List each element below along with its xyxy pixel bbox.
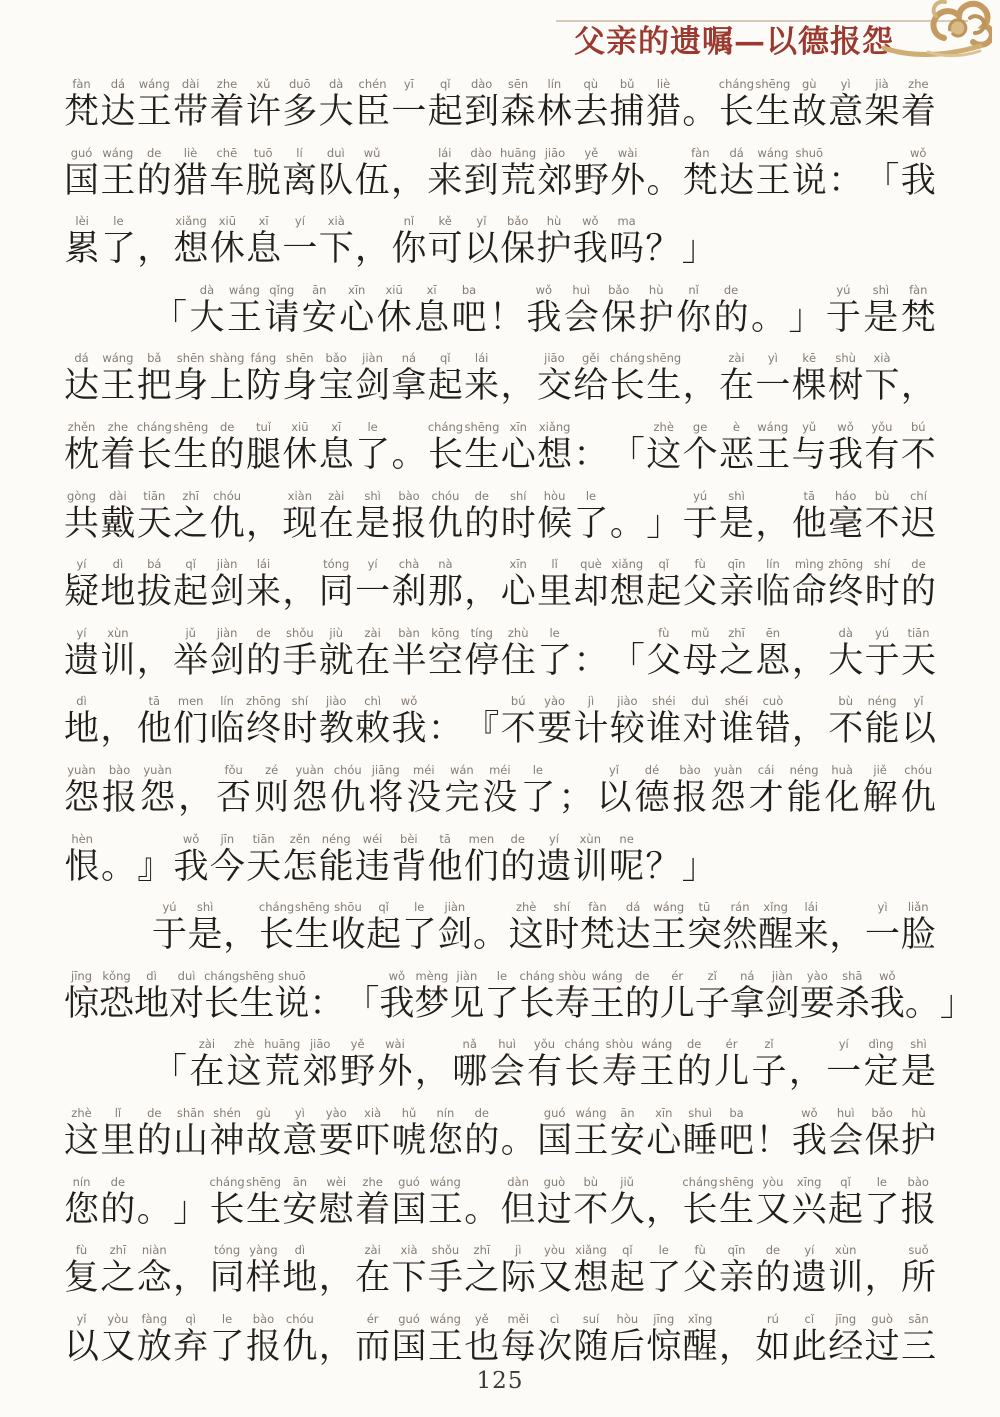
hanzi: 捕 <box>610 92 645 133</box>
char-cell: yòu又 <box>100 1311 135 1368</box>
char-cell: zhī之 <box>719 625 754 682</box>
pinyin: ba <box>729 1105 743 1121</box>
hanzi: 给 <box>573 366 608 407</box>
hanzi: ， <box>173 1258 208 1299</box>
pinyin: nǐ <box>404 213 414 229</box>
hanzi: 了 <box>864 1190 899 1231</box>
pinyin: nín <box>437 1105 455 1121</box>
hanzi: 父 <box>683 572 718 613</box>
char-cell: 。 <box>646 145 681 202</box>
char-cell: mèng梦 <box>414 968 449 1025</box>
hanzi: 的 <box>100 1190 135 1231</box>
hanzi: 想 <box>573 1258 608 1299</box>
hanzi: 许 <box>246 92 281 133</box>
hanzi: 之 <box>100 1258 135 1299</box>
text-line: gòng共dài戴tiān天zhī之chóu仇，xiàn现zài在shì是bào… <box>0 488 1000 557</box>
pinyin: shòu <box>606 1036 634 1052</box>
char-cell: cì次 <box>537 1311 572 1368</box>
hanzi: ， <box>137 229 172 270</box>
hanzi: ！ <box>489 298 524 339</box>
hanzi: 寿 <box>602 1052 637 1093</box>
char-cell: ér儿 <box>714 1036 749 1093</box>
hanzi: 安 <box>610 1121 645 1162</box>
hanzi: 弃 <box>173 1327 208 1368</box>
char-cell: cháng长 <box>682 1174 717 1231</box>
char-cell: wǒ我 <box>572 213 608 270</box>
pinyin: suí <box>583 1311 599 1327</box>
char-cell: xià下 <box>318 213 354 270</box>
hanzi: 梵 <box>64 92 99 133</box>
hanzi: 枕 <box>64 435 99 476</box>
hanzi: 想 <box>174 229 209 270</box>
pinyin: shēng <box>173 419 208 435</box>
char-cell: wáng王 <box>428 1311 463 1368</box>
pinyin: cháng <box>610 350 645 366</box>
hanzi: 才 <box>749 778 784 819</box>
pinyin: wáng <box>653 899 684 915</box>
char-cell: yì一 <box>865 899 900 956</box>
pinyin: xiǎng <box>575 1242 607 1258</box>
hanzi: 怨 <box>64 778 99 819</box>
hanzi: 兴 <box>792 1190 827 1231</box>
char-cell: xià下 <box>864 350 899 407</box>
hanzi: 意 <box>828 92 863 133</box>
pinyin: qīn <box>728 1242 746 1258</box>
char-cell: lái来 <box>464 350 499 407</box>
pinyin: tuǐ <box>256 419 271 435</box>
hanzi: 哪 <box>452 1052 487 1093</box>
char-cell: zhěn枕 <box>64 419 99 476</box>
char-cell: shēng生 <box>755 76 790 133</box>
char-cell: dìng定 <box>864 1036 899 1093</box>
char-cell: de的 <box>755 1242 790 1299</box>
pinyin: ān <box>293 1174 307 1190</box>
hanzi: 地 <box>100 572 135 613</box>
hanzi: 寿 <box>555 984 590 1025</box>
pinyin: yě <box>351 1036 365 1052</box>
hanzi: 久 <box>610 1190 645 1231</box>
auspicious-cloud-icon <box>832 0 992 68</box>
hanzi: 您 <box>64 1190 99 1231</box>
char-cell: tā他 <box>137 693 172 750</box>
hanzi: 时 <box>544 915 579 956</box>
pinyin: qǐ <box>440 350 451 366</box>
pinyin: shǒu <box>286 625 314 641</box>
pinyin: zhī <box>728 625 745 641</box>
hanzi: 遗 <box>537 847 572 888</box>
hanzi: 父 <box>646 641 681 682</box>
char-cell: men们 <box>173 693 208 750</box>
pinyin: huà <box>831 762 853 778</box>
hanzi: 保 <box>865 1121 900 1162</box>
hanzi: 带 <box>173 92 208 133</box>
pinyin: huì <box>572 282 590 298</box>
char-cell: chóu仇 <box>210 488 245 545</box>
hanzi: 样 <box>246 1258 281 1299</box>
pinyin: bào <box>679 762 700 778</box>
char-cell: ， <box>901 350 936 407</box>
hanzi: 梵 <box>683 161 718 202</box>
char-cell: bèi背 <box>391 831 427 888</box>
hanzi: ， <box>901 366 936 407</box>
char-cell: shéi谁 <box>719 693 754 750</box>
char-cell: zài在 <box>355 625 390 682</box>
hanzi: 仇 <box>282 1327 317 1368</box>
pinyin: huì <box>498 1036 516 1052</box>
char-cell: lǐ里 <box>537 556 572 613</box>
pinyin: wǒ <box>389 968 405 984</box>
hanzi: 以 <box>596 778 631 819</box>
pinyin: cì <box>550 1311 560 1327</box>
hanzi: 违 <box>355 847 390 888</box>
hanzi: 长 <box>564 1052 599 1093</box>
char-cell: yǒu有 <box>864 419 899 476</box>
hanzi: 外 <box>610 161 645 202</box>
char-cell: xiū休 <box>282 419 317 476</box>
hanzi: 有 <box>527 1052 562 1093</box>
char-cell: méi没 <box>406 762 441 819</box>
char-cell: qǐ起 <box>428 76 463 133</box>
hanzi: 是 <box>188 915 223 956</box>
hanzi: 们 <box>173 709 208 750</box>
hanzi: 国 <box>391 1190 426 1231</box>
hanzi: 这 <box>646 435 681 476</box>
hanzi: 起 <box>173 572 208 613</box>
hanzi: 敕 <box>355 709 390 750</box>
hanzi: 长 <box>259 915 294 956</box>
hanzi: 心 <box>501 435 536 476</box>
char-cell: wáng王 <box>100 350 135 407</box>
char-cell: qǐ起 <box>428 350 463 407</box>
hanzi: 我 <box>174 847 209 888</box>
char-cell: wǒ我 <box>526 282 561 339</box>
char-cell: fàn梵 <box>901 282 936 339</box>
hanzi: 没 <box>482 778 517 819</box>
pinyin: wáng <box>641 1036 672 1052</box>
char-cell: qǐ起 <box>610 1242 645 1299</box>
hanzi: 林 <box>537 92 572 133</box>
pinyin: le <box>659 1242 669 1258</box>
char-cell: xiǎng想 <box>573 1242 608 1299</box>
hanzi: 解 <box>863 778 898 819</box>
hanzi: ， <box>719 1327 754 1368</box>
pinyin: duì <box>178 968 196 984</box>
pinyin: yào <box>544 693 565 709</box>
char-cell: le了 <box>210 1311 245 1368</box>
char-cell: huāng荒 <box>264 1036 300 1093</box>
pinyin: jīng <box>835 1311 856 1327</box>
char-cell: tuō脱 <box>246 145 281 202</box>
hanzi: 不 <box>865 504 900 545</box>
hanzi: 护 <box>901 1121 936 1162</box>
hanzi: 较 <box>610 709 645 750</box>
hanzi: 如 <box>755 1327 790 1368</box>
pinyin: yǐ <box>476 213 486 229</box>
hanzi: 了 <box>537 641 572 682</box>
char-cell: ， <box>137 213 173 270</box>
hanzi: 起 <box>646 572 681 613</box>
pinyin: fù <box>658 625 669 641</box>
pinyin: jiàn <box>217 556 238 572</box>
hanzi: 王 <box>755 435 790 476</box>
char-cell: yòu又 <box>755 1174 790 1231</box>
hanzi: ， <box>683 366 718 407</box>
pinyin: lí <box>296 145 302 161</box>
pinyin: tóng <box>323 556 349 572</box>
char-cell: 「 <box>152 282 187 339</box>
hanzi: 」 <box>682 847 717 888</box>
hanzi: 惊 <box>64 984 99 1025</box>
pinyin: yí <box>77 556 87 572</box>
hanzi: 恨 <box>65 847 100 888</box>
pinyin: xī <box>427 282 437 298</box>
hanzi: 」 <box>788 298 823 339</box>
char-cell: yǐ以 <box>596 762 631 819</box>
text-line: fù复zhī之niàn念，tóng同yàng样dì地，zài在xià下shǒu手… <box>0 1242 1000 1311</box>
hanzi: 报 <box>901 1190 936 1231</box>
text-line: dá达wáng王bǎ把shēn身shàng上fáng防shēn身bǎo宝jiàn… <box>0 350 1000 419</box>
hanzi: 王 <box>639 1052 674 1093</box>
hanzi: ： <box>573 641 608 682</box>
hanzi: 」 <box>646 504 681 545</box>
hanzi: 一 <box>826 1052 861 1093</box>
char-cell: néng能 <box>787 762 822 819</box>
char-cell: le了 <box>100 213 136 270</box>
pinyin: tiān <box>907 625 929 641</box>
hanzi: 的 <box>625 984 660 1025</box>
char-cell: ná拿 <box>730 968 765 1025</box>
pinyin: wáng <box>430 1174 461 1190</box>
char-cell: ， <box>137 625 172 682</box>
hanzi: 脸 <box>901 915 936 956</box>
text-line: fàn梵dá达wáng王dài带zhe着xǔ许duō多dà大chén臣yī一qǐ… <box>0 76 1000 145</box>
char-cell: shuì睡 <box>683 1105 718 1162</box>
char-cell: ná拿 <box>391 350 426 407</box>
hanzi: 剑 <box>437 915 472 956</box>
hanzi: 终 <box>246 709 281 750</box>
pinyin: yě <box>475 1311 489 1327</box>
pinyin: xǐng <box>763 899 788 915</box>
pinyin: ēn <box>766 625 780 641</box>
pinyin: yú <box>693 488 707 504</box>
hanzi: 仇 <box>428 504 463 545</box>
char-cell: le了 <box>520 762 555 819</box>
pinyin: qù <box>583 76 598 92</box>
char-cell: suǒ所 <box>901 1242 936 1299</box>
pinyin: ge <box>693 419 707 435</box>
hanzi: 身 <box>282 366 317 407</box>
char-cell: ér而 <box>355 1311 390 1368</box>
char-cell: jiàn见 <box>449 968 484 1025</box>
hanzi: 唬 <box>392 1121 427 1162</box>
char-cell: bú不 <box>901 419 936 476</box>
hanzi: ： <box>574 435 609 476</box>
char-cell: wǒ我 <box>828 419 863 476</box>
char-cell: shǒu手 <box>428 1242 463 1299</box>
hanzi: 训 <box>828 1258 863 1299</box>
pinyin: tíng <box>471 625 493 641</box>
char-cell: 」 <box>940 968 975 1025</box>
pinyin: nín <box>73 1174 91 1190</box>
pinyin: qīn <box>728 556 746 572</box>
char-cell: ？ <box>645 213 681 270</box>
char-cell: le了 <box>646 1242 681 1299</box>
char-cell: chì敕 <box>355 693 390 750</box>
pinyin: le <box>414 899 424 915</box>
hanzi: 的 <box>714 298 749 339</box>
char-cell: xīn心 <box>339 282 374 339</box>
char-cell: zé则 <box>254 762 289 819</box>
char-cell: jǔ举 <box>173 625 208 682</box>
pinyin: zài <box>328 488 344 504</box>
char-cell: yí疑 <box>64 556 99 613</box>
char-cell: ！ <box>489 282 524 339</box>
char-cell: shēn身 <box>282 350 317 407</box>
char-cell: xǐng醒 <box>683 1311 718 1368</box>
pinyin: zhè <box>71 1105 91 1121</box>
pinyin: tiān <box>143 488 165 504</box>
hanzi: 大 <box>189 298 224 339</box>
hanzi: 他 <box>792 504 827 545</box>
hanzi: 不 <box>901 435 936 476</box>
hanzi: 却 <box>573 572 608 613</box>
hanzi: 「 <box>610 435 645 476</box>
char-cell: yòu又 <box>537 1242 572 1299</box>
char-cell: ： <box>573 625 608 682</box>
pinyin: gù <box>256 1105 271 1121</box>
pinyin: hù <box>649 282 664 298</box>
hanzi: 王 <box>227 298 262 339</box>
pinyin: yú <box>836 282 850 298</box>
char-cell: ān安 <box>282 1174 317 1231</box>
char-cell: yí遗 <box>64 625 99 682</box>
text-line: yí疑dì地bá拔qǐ起jiàn剑lái来，tóng同yí一chà刹nà那，xī… <box>0 556 1000 625</box>
pinyin: zhe <box>217 76 237 92</box>
char-cell: ， <box>501 350 536 407</box>
hanzi: 候 <box>537 504 572 545</box>
char-cell: xī息 <box>414 282 449 339</box>
hanzi: 外 <box>377 1052 412 1093</box>
hanzi: 说 <box>274 984 309 1025</box>
hanzi: 这 <box>64 1121 99 1162</box>
pinyin: dá <box>74 350 88 366</box>
pinyin: xiǎng <box>539 419 571 435</box>
pinyin: de <box>256 625 270 641</box>
hanzi: 过 <box>537 1190 572 1231</box>
char-cell: dà大 <box>319 76 354 133</box>
hanzi: 在 <box>355 1258 390 1299</box>
hanzi: 时 <box>501 504 536 545</box>
char-cell: shí时 <box>282 693 317 750</box>
pinyin: xiǎng <box>175 213 207 229</box>
pinyin: zhěn <box>68 419 96 435</box>
pinyin: ān <box>620 1105 634 1121</box>
pinyin: zhe <box>362 1174 382 1190</box>
hanzi: 王 <box>590 984 625 1025</box>
char-cell: jì际 <box>501 1242 536 1299</box>
pinyin: xiū <box>385 282 402 298</box>
hanzi: 不 <box>573 1190 608 1231</box>
pinyin: zài <box>199 1036 215 1052</box>
hanzi: 那 <box>428 572 463 613</box>
pinyin: chí <box>910 488 927 504</box>
pinyin: cháng <box>204 968 239 984</box>
hanzi: 经 <box>828 1327 863 1368</box>
char-cell: zhī之 <box>464 1242 499 1299</box>
pinyin: guò <box>544 1174 566 1190</box>
pinyin: le <box>222 1311 232 1327</box>
hanzi: 仇 <box>330 778 365 819</box>
char-cell: kōng空 <box>428 625 463 682</box>
pinyin: ma <box>617 213 635 229</box>
char-cell: yàng样 <box>246 1242 281 1299</box>
char-cell: 。 <box>751 282 786 339</box>
char-cell: ， <box>792 625 827 682</box>
hanzi: 息 <box>414 298 449 339</box>
pinyin: cháng <box>137 419 172 435</box>
char-cell: hòu候 <box>537 488 572 545</box>
pinyin: shòu <box>558 968 586 984</box>
hanzi: 防 <box>246 366 281 407</box>
pinyin: wèi <box>326 1174 346 1190</box>
hanzi: 腿 <box>246 435 281 476</box>
hanzi: ， <box>464 572 499 613</box>
pinyin: qǐ <box>622 1242 633 1258</box>
char-cell: tū突 <box>687 899 722 956</box>
pinyin: wǒ <box>582 213 598 229</box>
pinyin: bù <box>838 693 853 709</box>
pinyin: yǐ <box>77 1311 87 1327</box>
hanzi: 三 <box>901 1327 936 1368</box>
char-cell: yuàn怨 <box>64 762 99 819</box>
hanzi: 计 <box>573 709 608 750</box>
char-cell: men们 <box>463 831 499 888</box>
hanzi: 天 <box>246 847 281 888</box>
hanzi: 于 <box>826 298 861 339</box>
char-cell: dá达 <box>616 899 651 956</box>
char-cell: ； <box>558 762 593 819</box>
char-cell: jīng惊 <box>646 1311 681 1368</box>
hanzi: 」 <box>682 229 717 270</box>
char-cell: bào报 <box>392 488 427 545</box>
char-cell: ： <box>309 968 344 1025</box>
char-cell: yí遗 <box>792 1242 827 1299</box>
pinyin: liè <box>657 76 670 92</box>
char-cell: fù父 <box>683 1242 718 1299</box>
hanzi: 是 <box>863 298 898 339</box>
pinyin: shōu <box>334 899 362 915</box>
char-cell: lǐ里 <box>100 1105 135 1162</box>
pinyin: tóng <box>214 1242 240 1258</box>
hanzi: 我 <box>828 435 863 476</box>
char-cell: yào要 <box>319 1105 354 1162</box>
char-cell: wáng王 <box>428 1174 463 1231</box>
hanzi: 脱 <box>246 161 281 202</box>
pinyin: yí <box>77 625 87 641</box>
char-cell: dào到 <box>464 145 499 202</box>
char-cell: sēn森 <box>501 76 536 133</box>
char-cell: sān三 <box>901 1311 936 1368</box>
char-cell: wáng王 <box>573 1105 608 1162</box>
pinyin: yí <box>839 1036 849 1052</box>
char-cell: wài外 <box>377 1036 412 1093</box>
char-cell: guò过 <box>865 1311 900 1368</box>
char-cell: shén神 <box>210 1105 245 1162</box>
char-cell: tā他 <box>427 831 463 888</box>
pinyin: lǐ <box>551 556 557 572</box>
hanzi: 在 <box>719 366 754 407</box>
hanzi: 这 <box>509 915 544 956</box>
